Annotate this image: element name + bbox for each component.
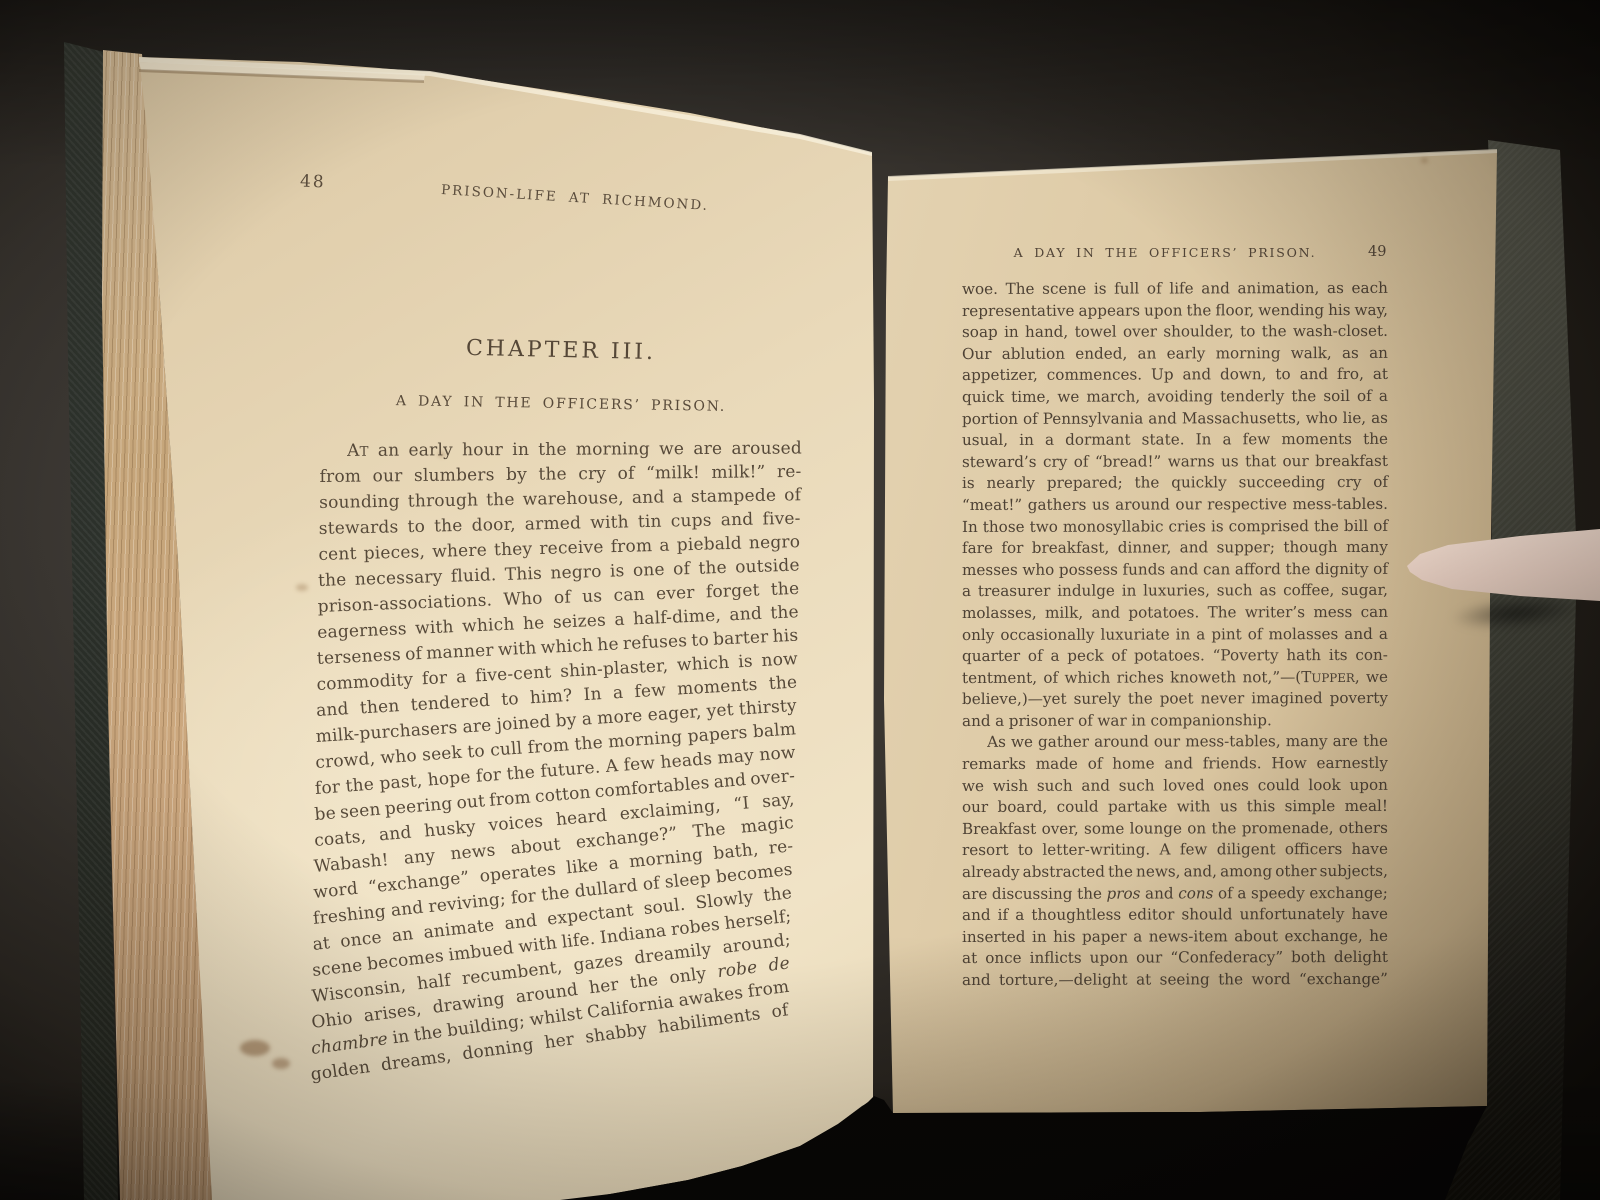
running-header: A DAY IN THE OFFICERS’ PRISON.	[1005, 245, 1325, 260]
text-line: isnearlyprepared;thequicklysucceedingcry…	[962, 473, 1388, 496]
text-line: tentment,ofwhichrichesknowethnot,”—(TUPP…	[962, 668, 1388, 691]
text-line: andifathoughtlesseditorshouldunfortunate…	[962, 905, 1388, 928]
text-line: quarterofapeckofpotatoes.“Povertyhathits…	[962, 646, 1388, 669]
page-number: 48	[300, 172, 326, 193]
text-line: andaprisonerofwarincompanionship.	[962, 711, 1388, 734]
text-line: soapinhand,towelovershoulder,tothewash-c…	[962, 322, 1388, 345]
text-line: fareforbreakfast,dinner,andsupper;though…	[962, 538, 1388, 561]
text-line: Inthosetwomonosyllabiccriesiscomprisedth…	[962, 516, 1388, 539]
text-line: wewishsuchandsuchlovedonescouldlookupon	[962, 776, 1388, 799]
text-line: believe,)—yetsurelythepoetneverimaginedp…	[962, 689, 1388, 712]
left-page-body-text: ATanearlyhourinthemorningwearearousedfro…	[320, 441, 802, 1091]
text-line: usual,inadormantstate.Inafewmomentsthe	[962, 430, 1388, 453]
text-line: “meat!”gathersusaroundourrespectivemess-…	[962, 495, 1388, 518]
text-line: atreasurerindulgeinluxuries,suchascoffee…	[962, 581, 1388, 604]
text-line: remarksmadeofhomeandfriends.Howearnestly	[962, 754, 1388, 777]
book-photograph: 48 PRISON-LIFE AT RICHMOND. CHAPTER III.…	[0, 0, 1600, 1200]
text-line: Breakfastover,someloungeonthepromenade,o…	[962, 819, 1388, 842]
text-line: Ourablutionended,anearlymorningwalk,asan	[962, 344, 1388, 367]
text-line: quicktime,wemarch,avoidingtenderlythesoi…	[962, 387, 1388, 410]
text-line: insertedinhispaperanews-itemaboutexchang…	[962, 927, 1388, 950]
text-line: molasses,milk,andpotatoes.Thewriter’smes…	[962, 603, 1388, 626]
right-page-body-text: woe.Thesceneisfulloflifeandanimation,ase…	[962, 280, 1388, 993]
text-line: woe.Thesceneisfulloflifeandanimation,ase…	[962, 279, 1388, 302]
text-line: resorttoletter-writing.Afewdiligentoffic…	[962, 840, 1388, 863]
text-line: atonceinflictsuponour“Confederacy”bothde…	[962, 948, 1388, 971]
text-line: alreadyabstractedthenews,and,amongothers…	[962, 862, 1388, 885]
text-line: onlyoccasionallyluxuriateinapintofmolass…	[962, 624, 1388, 647]
text-line: portionofPennsylvaniaandMassachusetts,wh…	[962, 408, 1388, 431]
text-line: messeswhopossessfundsandcanaffordthedign…	[962, 560, 1388, 583]
text-line: ourboard,couldpartakewithusthissimplemea…	[962, 797, 1388, 820]
stain	[240, 1040, 270, 1056]
stain	[272, 1058, 290, 1069]
text-line: representativeappearsuponthefloor,wendin…	[962, 300, 1388, 323]
stain	[296, 584, 308, 591]
text-line: appetizer,commences.Upanddown,toandfro,a…	[962, 365, 1388, 388]
text-line: andtorture,—delightatseeingtheword“excha…	[962, 970, 1388, 993]
text-line: Aswegatheraroundourmess-tables,manyareth…	[962, 732, 1388, 755]
text-line: steward’scryof“bread!”warnsusthatourbrea…	[962, 452, 1388, 475]
text-line: arediscussingtheprosandconsofaspeedyexch…	[962, 884, 1388, 907]
stain	[1421, 158, 1428, 163]
page-number: 49	[1368, 244, 1386, 260]
